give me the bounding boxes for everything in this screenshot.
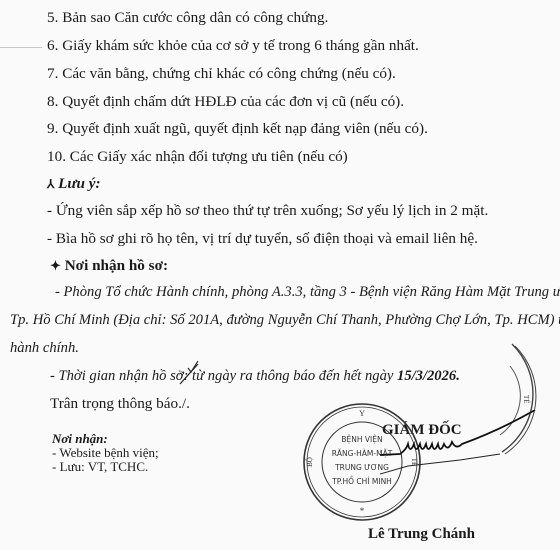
svg-text:TẾ: TẾ <box>522 395 530 404</box>
address-line: Tp. Hồ Chí Minh (Địa chỉ: Số 201A, đường… <box>10 313 560 328</box>
recipient-item: - Lưu: VT, TCHC. <box>52 460 148 473</box>
note-heading-text: Lưu ý: <box>58 175 100 192</box>
signature-mark <box>380 410 560 480</box>
note-item: - Ứng viên sắp xếp hồ sơ theo thứ tự trê… <box>47 203 488 218</box>
recipient-item: - Website bệnh viện; <box>52 446 159 459</box>
note-heading: ⅄ Lưu ý: <box>47 176 101 191</box>
svg-text:ɔ̃ı̇: ɔ̃ı̇ <box>177 369 187 377</box>
hand-pointer-icon: ⅄ <box>47 177 54 191</box>
scan-artifact-line <box>0 47 42 48</box>
recipients-heading: Nơi nhận: <box>52 432 108 445</box>
requirement-item: 6. Giấy khám sức khỏe của cơ sở y tế tro… <box>47 38 419 53</box>
requirement-item: 7. Các văn bằng, chứng chỉ khác có công … <box>47 66 396 81</box>
requirement-item: 10. Các Giấy xác nhận đối tượng ưu tiên … <box>47 149 348 164</box>
svg-text:Y: Y <box>359 409 365 418</box>
initials-mark: ɔ̃ı̇ <box>176 358 206 388</box>
deadline-date: 15/3/2026. <box>397 368 460 384</box>
requirement-item: 9. Quyết định xuất ngũ, quyết định kết n… <box>47 121 428 136</box>
svg-text:*: * <box>360 506 365 516</box>
address-line: - Phòng Tổ chức Hành chính, phòng A.3.3,… <box>55 285 560 300</box>
deadline-line: - Thời gian nhận hồ sơ: từ ngày ra thông… <box>50 369 460 384</box>
svg-text:BỆNH VIỆN: BỆNH VIỆN <box>341 435 382 444</box>
note-item: - Bìa hồ sơ ghi rõ họ tên, vị trí dự tuy… <box>47 231 478 246</box>
requirement-item: 5. Bản sao Căn cước công dân có công chứ… <box>47 10 328 25</box>
submission-heading-text: Nơi nhận hồ sơ: <box>65 257 168 274</box>
address-line: hành chính. <box>10 341 79 356</box>
deadline-prefix: - Thời gian nhận hồ sơ: từ ngày ra thông… <box>50 368 397 384</box>
closing-text: Trân trọng thông báo./. <box>50 396 190 411</box>
requirement-item: 8. Quyết định chấm dứt HĐLĐ của các đơn … <box>47 94 404 109</box>
diamond-star-icon: ✦ <box>50 258 61 273</box>
submission-heading: ✦ Nơi nhận hồ sơ: <box>50 258 168 273</box>
signer-name: Lê Trung Chánh <box>368 527 475 542</box>
svg-text:BỘ: BỘ <box>306 457 314 467</box>
